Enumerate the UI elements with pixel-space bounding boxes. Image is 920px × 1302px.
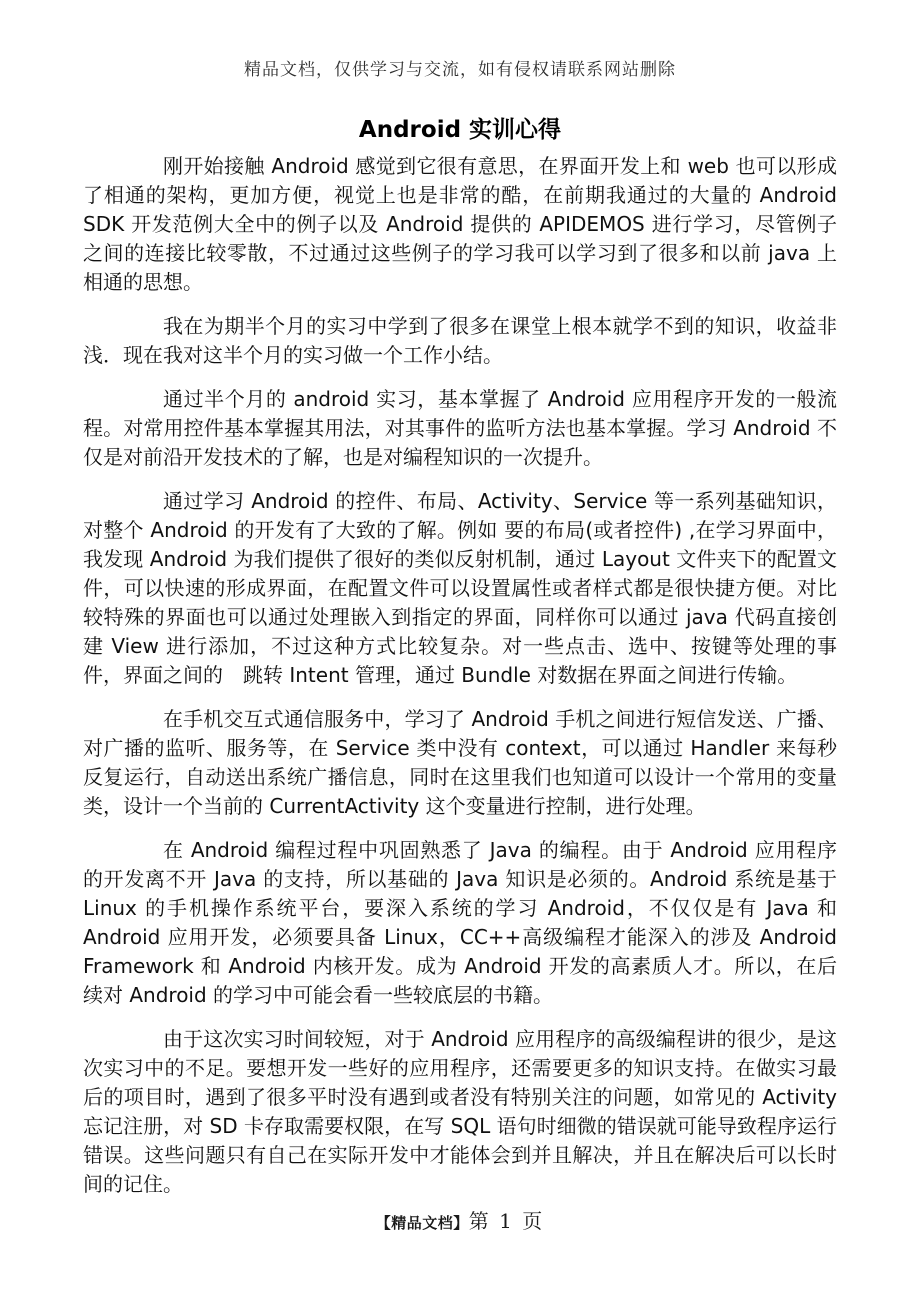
paragraph-4: 通过学习 Android 的控件、布局、Activity、Service 等一系… xyxy=(83,487,837,690)
footer-page-text: 第 1 页 xyxy=(469,1209,544,1233)
header-disclaimer: 精品文档，仅供学习与交流，如有侵权请联系网站删除 xyxy=(0,55,920,80)
paragraph-1: 刚开始接触 Android 感觉到它很有意思，在界面开发上和 web 也可以形成… xyxy=(83,152,837,297)
paragraph-6: 在 Android 编程过程中巩固熟悉了 Java 的编程。由于 Android… xyxy=(83,836,837,1010)
footer-page-number: 【精品文档】第 1 页 xyxy=(0,1205,920,1234)
paragraph-3: 通过半个月的 android 实习，基本掌握了 Android 应用程序开发的一… xyxy=(83,385,837,472)
document-body: 刚开始接触 Android 感觉到它很有意思，在界面开发上和 web 也可以形成… xyxy=(83,152,837,1214)
paragraph-2: 我在为期半个月的实习中学到了很多在课堂上根本就学不到的知识，收益非浅．现在我对这… xyxy=(83,312,837,370)
paragraph-5: 在手机交互式通信服务中，学习了 Android 手机之间进行短信发送、广播、对广… xyxy=(83,705,837,821)
footer-brand-label: 【精品文档】 xyxy=(376,1214,469,1232)
paragraph-7: 由于这次实习时间较短，对于 Android 应用程序的高级编程讲的很少，是这次实… xyxy=(83,1025,837,1199)
page-title: Android 实训心得 xyxy=(0,111,920,144)
document-page: 精品文档，仅供学习与交流，如有侵权请联系网站删除 Android 实训心得 刚开… xyxy=(0,0,920,1302)
